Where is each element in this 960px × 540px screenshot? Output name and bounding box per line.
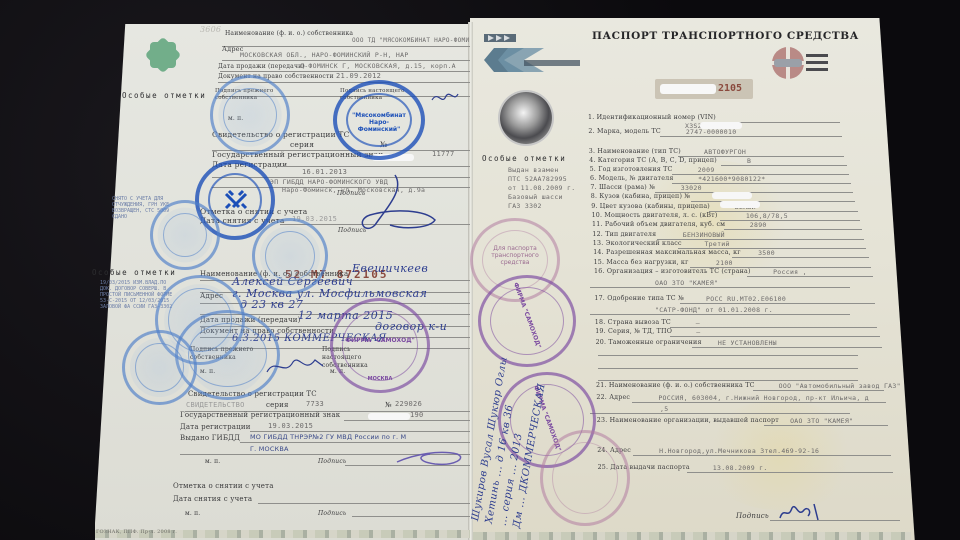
issued-by-label-2: Выдано ГИБДД xyxy=(180,434,240,442)
security-band-right xyxy=(473,532,911,540)
field-value: — xyxy=(696,328,700,336)
field-label: 6. Модель, № двигателя xyxy=(590,175,674,182)
field-value: *421600*9080122* xyxy=(698,175,765,183)
stamp-blue-round-6 xyxy=(122,330,197,405)
hologram-seal xyxy=(500,92,552,144)
special-marks-label: Особые отметки xyxy=(122,91,206,100)
plate-value-2: 190 xyxy=(410,411,424,419)
address-line1: МОСКОВСКАЯ ОБЛ., НАРО-ФОМИНСКИЙ Р-Н, НАР xyxy=(240,51,409,59)
special-marks-line: ГАЗ 3302 xyxy=(508,202,542,210)
redacted-plate-2 xyxy=(368,413,410,420)
field-value: РОСС RU.MT02.E06100 xyxy=(706,295,786,303)
redacted-value xyxy=(700,122,742,129)
ownership-doc-value: 21.09.2012 xyxy=(336,72,381,80)
redacted-value xyxy=(712,192,752,199)
field-value: 33020 xyxy=(681,184,702,192)
hammer-icon xyxy=(221,186,251,216)
field-value: Н.Новгород,ул.Мечникова 3тел.469-92-16 xyxy=(659,447,819,455)
address-line2: О-ФОМИНСК Г, МОСКОВСКАЯ, д.15, корп.А xyxy=(300,62,456,70)
stamp-passport-issuer-bottom xyxy=(540,430,630,526)
field-value: ОАО ЗТО "КАМЕЯ" xyxy=(790,417,853,425)
field-label: 4. Категория ТС (А, В, С, D, прицеп) xyxy=(589,157,717,164)
owner-handwritten-1: Евешичкеев xyxy=(352,262,428,275)
field-label: 10. Мощность двигателя, л. с. (кВт) xyxy=(592,212,718,219)
passport-logo-icon xyxy=(484,32,580,76)
number-value-2: 229026 xyxy=(395,400,422,408)
special-marks-line: Выдан взамен xyxy=(508,166,559,174)
field-label: 19. Серия, № ТД, ТПО xyxy=(595,328,672,335)
owner-label: Наименование (ф. и. о.) собственника xyxy=(225,30,353,37)
mp-label-5: м. п. xyxy=(185,510,200,517)
special-marks-label-right: Особые отметки xyxy=(482,154,566,163)
redacted-serial xyxy=(660,84,716,94)
signature-scribble-4 xyxy=(395,448,470,470)
footer-band-text: ГОЗНАК, ППФ. Пр-л. 2008 г. xyxy=(96,529,177,535)
stamp-moskva: ФИРМА "САМОХОД" МОСКВА xyxy=(330,298,430,393)
sale-date-label: Дата продажи (передачи) xyxy=(218,63,305,70)
field-value: 3500 xyxy=(758,249,775,257)
field-label: 15. Масса без нагрузки, кг xyxy=(594,259,689,266)
owner-value: ООО ТД "МЯСОКОМБИНАТ НАРО-ФОМИ xyxy=(352,37,469,44)
mp-label-4: м. п. xyxy=(205,458,220,465)
signature-scribble-2 xyxy=(430,88,460,108)
field-label: 9. Цвет кузова (кабины, прицепа) xyxy=(591,203,710,210)
field-value-continued: ,5 xyxy=(660,405,668,413)
field-label: 12. Тип двигателя xyxy=(592,231,656,238)
reg-cert-prefix: СВИДЕТЕЛЬСТВО xyxy=(186,401,245,409)
deregistration-date-label-2: Дата снятия с учета xyxy=(173,495,252,503)
series-label: серия xyxy=(290,140,314,149)
field-value: 2890 xyxy=(750,221,767,229)
plate-label-2: Государственный регистрационный знак xyxy=(180,411,340,419)
field-value-continued: "САТР-ФОНД" от 01.01.2008 г. xyxy=(655,306,773,314)
field-label: 11. Рабочий объем двигателя, куб. см xyxy=(592,221,725,228)
field-value: Россия , xyxy=(773,268,807,276)
field-label: 5. Год изготовления ТС xyxy=(590,166,673,173)
field-label: 20. Таможенные ограничения xyxy=(596,339,702,346)
field-label: 3. Наименование (тип ТС) xyxy=(589,148,681,155)
car-emblem-icon xyxy=(768,46,832,80)
field-value: Третий xyxy=(704,240,729,248)
serial-number: 2105 xyxy=(718,83,742,94)
field-label: 16. Организация – изготовитель ТС (стран… xyxy=(594,268,751,275)
field-value: ООО "Автомобильный завод ГАЗ" xyxy=(779,382,901,390)
field-label: 23. Наименование организации, выдавшей п… xyxy=(597,417,779,424)
series-value-2: 7733 xyxy=(306,400,324,408)
field-label: 8. Кузов (кабина, прицеп) № xyxy=(591,193,691,200)
field-value: РОССИЯ, 603004, г.Нижний Новгород, пр-кт… xyxy=(658,394,869,402)
reg-date-value-2: 19.03.2015 xyxy=(268,422,313,430)
special-marks-line: ПТС 52АА782995 xyxy=(508,175,567,183)
stamp-myasokombinat: "Мясокомбинат Наро-Фоминский" xyxy=(333,80,425,160)
signature-label-right: Подпись xyxy=(736,512,769,520)
field-value: 2747-0000010 xyxy=(686,128,737,136)
redacted-value xyxy=(720,201,760,208)
field-label: 22. Адрес xyxy=(596,394,630,401)
field-label: 21. Наименование (ф. и. о.) собственника… xyxy=(596,382,755,389)
stamp-blue-round-1 xyxy=(210,75,290,155)
deregistration-label-2: Отметка о снятии с учета xyxy=(173,482,274,490)
special-marks-label-2: Особые отметки xyxy=(92,268,176,277)
signature-label-4: Подпись xyxy=(318,510,346,517)
stamp-samokhod-1: ФИРМА "САМОХОД" xyxy=(478,275,576,367)
signature-scribble-1 xyxy=(335,170,445,240)
field-label: 2. Марка, модель ТС xyxy=(588,128,660,135)
field-value: АВТОФУРГОН xyxy=(704,148,746,156)
address-handwritten-2: д 23 кв 27 xyxy=(240,298,303,311)
field-value: 2009 xyxy=(698,166,715,174)
field-label: 17. Одобрение типа ТС № xyxy=(594,295,684,302)
field-value: НЕ УСТАНОВЛЕНЫ xyxy=(718,339,777,347)
issued-by-line1-2: МО ГИБДД ТНРЭР№2 ГУ МВД России по г. М xyxy=(250,433,406,441)
number-label-2: № xyxy=(385,401,392,409)
document-title: ПАСПОРТ ТРАНСПОРТНОГО СРЕДСТВА xyxy=(592,30,859,42)
field-value: 106,8/78,5 xyxy=(746,212,788,220)
special-marks-line: от 11.08.2009 г. xyxy=(508,184,575,192)
plate-value: 11777 xyxy=(432,150,455,158)
field-value: В xyxy=(747,157,751,165)
field-label: 7. Шасси (рама) № xyxy=(590,184,655,191)
stamp-blue-round-2 xyxy=(150,200,220,270)
field-label: 13. Экологический класс xyxy=(593,240,682,247)
signature-label-3: Подпись xyxy=(318,458,346,465)
stamp-number: 3606 xyxy=(200,25,221,34)
field-value: — xyxy=(696,319,700,327)
field-label: 1. Идентификационный номер (VIN) xyxy=(588,114,716,121)
reg-date-label-2: Дата регистрации xyxy=(180,423,251,431)
field-label: 18. Страна вывоза ТС xyxy=(595,319,671,326)
field-value: 13.08.2009 г. xyxy=(713,464,768,472)
signature-scribble-3 xyxy=(265,352,325,382)
field-value: БЕНЗИНОВЫЙ xyxy=(683,231,725,239)
signature-scribble-right xyxy=(778,500,828,522)
issued-by-line2-2: Г. МОСКВА xyxy=(250,445,289,453)
field-label: 14. Разрешенная максимальная масса, кг xyxy=(593,249,741,256)
field-value-continued: ОАО ЗТО "КАМЕЯ" xyxy=(655,279,718,287)
special-marks-line: Базовый шасси xyxy=(508,193,563,201)
stamp-blue-round-3 xyxy=(252,218,328,294)
field-value: 2100 xyxy=(716,259,733,267)
series-label-2: серия xyxy=(266,401,289,409)
